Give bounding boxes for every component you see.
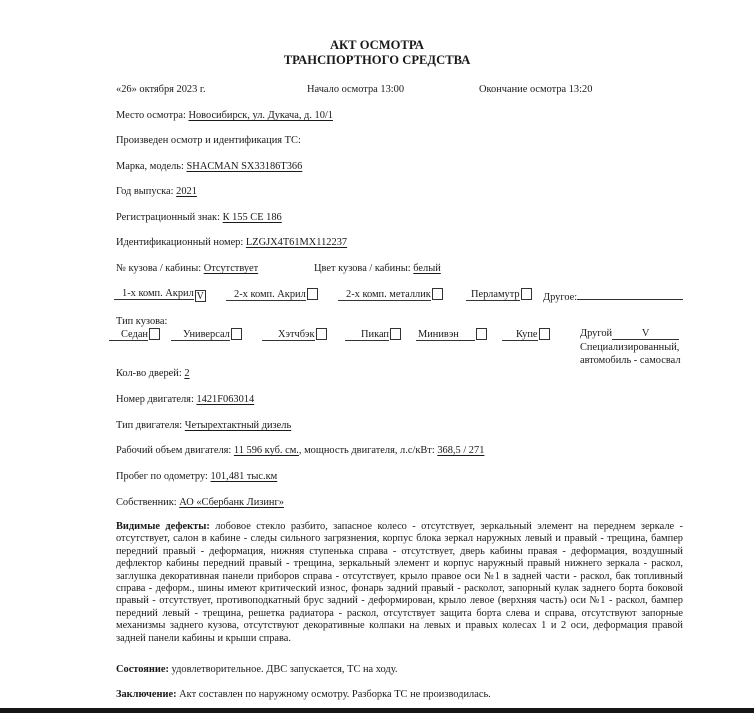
field-value: Четырехтактный дизель: [185, 420, 291, 431]
body-type-option-1: Седан: [109, 328, 160, 340]
paint-option-checkbox[interactable]: [307, 288, 318, 300]
body-type-checkbox[interactable]: [149, 328, 160, 340]
conclusion: Заключение: Акт составлен по наружному о…: [116, 689, 491, 700]
field-value: Новосибирск, ул. Дукача, д. 10/1: [188, 110, 333, 121]
inspection-start-time: Начало осмотра 13:00: [307, 84, 404, 95]
body-type-label: Купе: [502, 329, 538, 341]
field-label: Кол-во дверей:: [116, 368, 184, 379]
field-body-number: № кузова / кабины: Отсутствует: [116, 263, 258, 274]
field-engine-volume: Рабочий объем двигателя: 11 596 куб. см.…: [116, 445, 484, 456]
body-type-checkbox[interactable]: [316, 328, 327, 340]
paint-option-other-field[interactable]: [577, 288, 683, 300]
paint-option-3: 2-х комп. металлик: [338, 288, 443, 300]
paint-option-label: 2-х комп. Акрил: [226, 289, 306, 301]
body-type-label: Универсал: [171, 329, 230, 341]
body-type-other-label: Другой: [580, 328, 612, 339]
inspection-heading: Произведен осмотр и идентификация ТС:: [116, 135, 301, 146]
field-value: SHACMAN SX33186T366: [187, 161, 303, 172]
body-type-option-other: ДругойV: [580, 328, 679, 340]
conclusion-text: Акт составлен по наружному осмотру. Разб…: [177, 689, 491, 700]
field-engine-type: Тип двигателя: Четырехтактный дизель: [116, 420, 291, 431]
field-value: 1421F063014: [196, 394, 254, 405]
body-type-checkbox[interactable]: [390, 328, 401, 340]
body-type-label: Пикап: [345, 329, 389, 341]
paint-option-1: 1-х комп. АкрилV: [114, 288, 206, 302]
field-value-power: 368,5 / 271: [437, 445, 484, 456]
field-value: 2: [184, 368, 189, 379]
field-label: Номер двигателя:: [116, 394, 196, 405]
field-label: № кузова / кабины:: [116, 263, 204, 274]
conclusion-label: Заключение:: [116, 689, 177, 700]
paint-option-label: 1-х комп. Акрил: [114, 288, 194, 300]
body-type-checkbox[interactable]: [476, 328, 487, 340]
document-title-line-1: АКТ ОСМОТРА: [0, 38, 754, 53]
field-vin: Идентификационный номер: LZGJX4T61MX1122…: [116, 237, 347, 248]
paint-option-checkbox[interactable]: [521, 288, 532, 300]
field-label: Пробег по одометру:: [116, 471, 211, 482]
paint-option-checkbox[interactable]: V: [195, 290, 206, 302]
paint-option-other: Другое:: [543, 288, 683, 303]
defects-text: лобовое стекло разбито, запасное колесо …: [116, 521, 683, 644]
body-type-option-4: Пикап: [345, 328, 401, 340]
body-type-other-mark[interactable]: V: [612, 328, 679, 340]
field-label: Марка, модель:: [116, 161, 187, 172]
body-type-label: Тип кузова:: [116, 316, 167, 327]
field-label: Цвет кузова / кабины:: [314, 263, 413, 274]
field-value: 11 596 куб. см.: [234, 445, 299, 456]
body-type-other-desc-line-2: автомобиль - самосвал: [580, 355, 681, 366]
visible-defects: Видимые дефекты: лобовое стекло разбито,…: [116, 521, 683, 645]
condition-text: удовлетворительное. ДВС запускается, ТС …: [169, 664, 398, 675]
field-doors: Кол-во дверей: 2: [116, 368, 190, 379]
field-value: белый: [413, 263, 441, 274]
field-value: LZGJX4T61MX112237: [246, 237, 347, 248]
field-label: Тип двигателя:: [116, 420, 185, 431]
paint-option-2: 2-х комп. Акрил: [226, 288, 318, 300]
body-type-checkbox[interactable]: [539, 328, 550, 340]
body-type-checkbox[interactable]: [231, 328, 242, 340]
condition: Состояние: удовлетворительное. ДВС запус…: [116, 664, 397, 675]
field-label: Место осмотра:: [116, 110, 188, 121]
body-type-option-5: Минивэн: [416, 328, 487, 340]
field-value: К 155 СЕ 186: [223, 212, 282, 223]
body-type-other-desc-line-1: Специализированный,: [580, 342, 679, 353]
field-year: Год выпуска: 2021: [116, 186, 197, 197]
defects-label: Видимые дефекты:: [116, 521, 210, 532]
field-engine-number: Номер двигателя: 1421F063014: [116, 394, 254, 405]
field-make-model: Марка, модель: SHACMAN SX33186T366: [116, 161, 302, 172]
body-type-option-6: Купе: [502, 328, 550, 340]
field-label: Идентификационный номер:: [116, 237, 246, 248]
inspection-end-time: Окончание осмотра 13:20: [479, 84, 592, 95]
paint-option-label: Перламутр: [466, 289, 520, 301]
field-label-power: , мощность двигателя, л.с/кВт:: [299, 445, 437, 456]
body-type-label: Минивэн: [416, 329, 475, 341]
field-mileage: Пробег по одометру: 101,481 тыс.км: [116, 471, 277, 482]
condition-label: Состояние:: [116, 664, 169, 675]
bottom-edge-bar: [0, 708, 754, 713]
body-type-label: Хэтчбэк: [262, 329, 315, 341]
field-value: АО «Сбербанк Лизинг»: [179, 497, 284, 508]
paint-option-4: Перламутр: [466, 288, 532, 300]
document-title-line-2: ТРАНСПОРТНОГО СРЕДСТВА: [0, 53, 754, 68]
paint-option-label: 2-х комп. металлик: [338, 289, 431, 301]
body-type-label: Седан: [109, 329, 148, 341]
field-label: Собственник:: [116, 497, 179, 508]
body-type-option-3: Хэтчбэк: [262, 328, 327, 340]
field-reg-plate: Регистрационный знак: К 155 СЕ 186: [116, 212, 282, 223]
paint-option-checkbox[interactable]: [432, 288, 443, 300]
field-value: 101,481 тыс.км: [211, 471, 278, 482]
field-body-color: Цвет кузова / кабины: белый: [314, 263, 441, 274]
field-owner: Собственник: АО «Сбербанк Лизинг»: [116, 497, 284, 508]
paint-option-other-label: Другое:: [543, 292, 577, 303]
field-label: Регистрационный знак:: [116, 212, 223, 223]
body-type-option-2: Универсал: [171, 328, 242, 340]
field-label: Год выпуска:: [116, 186, 176, 197]
field-value: Отсутствует: [204, 263, 258, 274]
field-place: Место осмотра: Новосибирск, ул. Дукача, …: [116, 110, 333, 121]
field-label: Рабочий объем двигателя:: [116, 445, 234, 456]
inspection-date: «26» октября 2023 г.: [116, 84, 206, 95]
field-value: 2021: [176, 186, 197, 197]
